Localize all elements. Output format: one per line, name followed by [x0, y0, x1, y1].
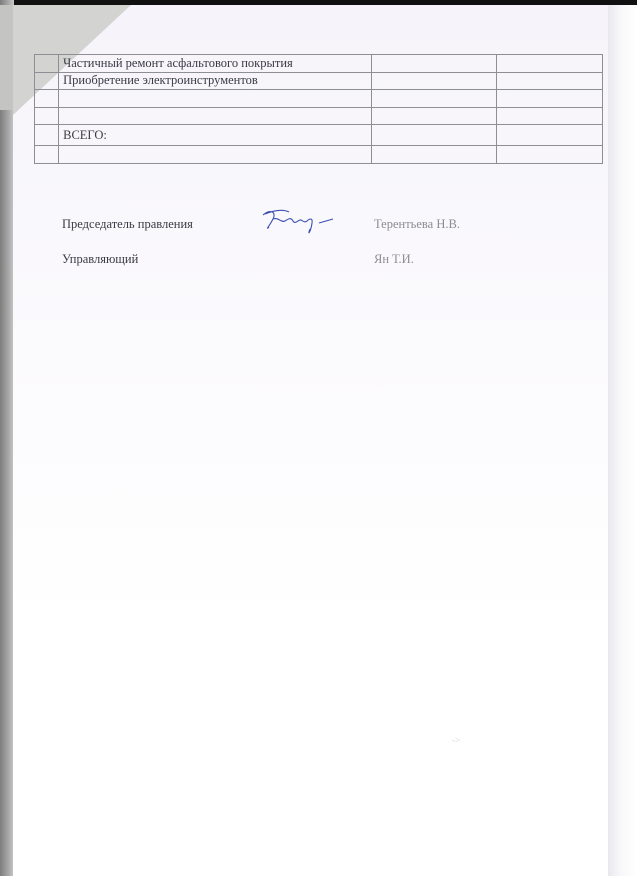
- table-row: [35, 146, 603, 164]
- table-cell-col4: [497, 125, 603, 146]
- folded-corner-shadow: [0, 5, 14, 110]
- table-row: [35, 107, 603, 125]
- table-cell-col4: [497, 107, 603, 125]
- table-cell-name: ВСЕГО:: [59, 125, 372, 146]
- table-cell-name: Частичный ремонт асфальтового покрытия: [59, 55, 372, 73]
- chairman-signature: [255, 205, 340, 245]
- table-cell-num: [35, 90, 59, 108]
- page-right-edge: [608, 5, 637, 876]
- table-row: ВСЕГО:: [35, 125, 603, 146]
- table-cell-name: [59, 146, 372, 164]
- table-cell-col3: [371, 107, 497, 125]
- scan-artifact: ->: [452, 735, 460, 745]
- manager-name: Ян Т.И.: [374, 252, 414, 267]
- table-cell-name: Приобретение электроинструментов: [59, 72, 372, 90]
- table-cell-num: [35, 125, 59, 146]
- table-cell-num: [35, 146, 59, 164]
- table-cell-col3: [371, 125, 497, 146]
- table-cell-num: [35, 72, 59, 90]
- table-row: Частичный ремонт асфальтового покрытия: [35, 55, 603, 73]
- chairman-name: Терентьева Н.В.: [374, 217, 460, 232]
- table-cell-col3: [371, 55, 497, 73]
- manager-role: Управляющий: [62, 252, 138, 267]
- table-cell-col4: [497, 72, 603, 90]
- table-cell-col3: [371, 90, 497, 108]
- chairman-role: Председатель правления: [62, 217, 193, 232]
- table-cell-col4: [497, 146, 603, 164]
- table-cell-col3: [371, 146, 497, 164]
- table-cell-col4: [497, 90, 603, 108]
- table-cell-num: [35, 107, 59, 125]
- budget-table: Частичный ремонт асфальтового покрытияПр…: [34, 54, 603, 164]
- table-row: Приобретение электроинструментов: [35, 72, 603, 90]
- table-cell-name: [59, 107, 372, 125]
- scanner-left-edge: [0, 0, 14, 876]
- table-row: [35, 90, 603, 108]
- table-cell-col4: [497, 55, 603, 73]
- table-cell-num: [35, 55, 59, 73]
- table-cell-name: [59, 90, 372, 108]
- table-cell-col3: [371, 72, 497, 90]
